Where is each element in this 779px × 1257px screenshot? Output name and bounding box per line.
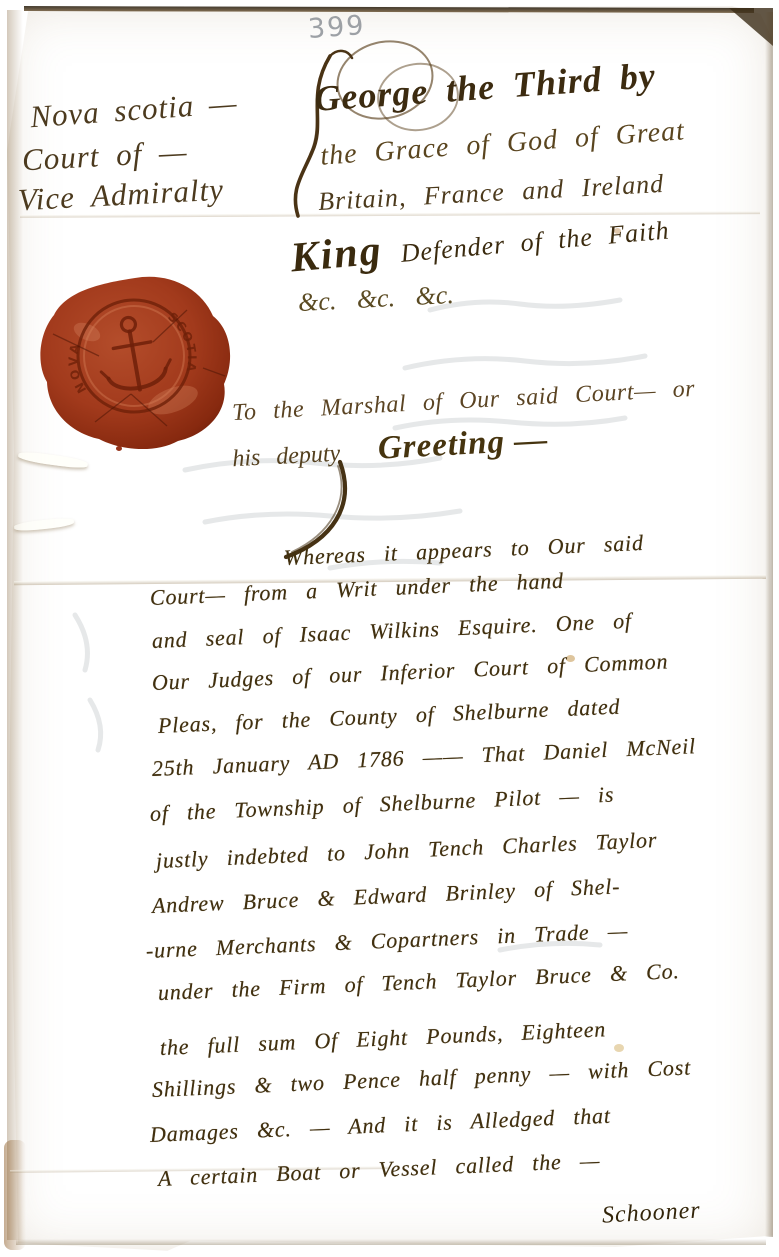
catchword: Schooner: [601, 1197, 701, 1229]
paper-right-edge-shadow: [765, 12, 773, 1237]
king-word: King: [289, 228, 385, 282]
document-photo: { "annotations": { "archive_number": "39…: [0, 0, 779, 1257]
deputy-words: his deputy: [232, 441, 341, 473]
greeting-word: Greeting —: [377, 422, 549, 467]
stain-spot: [614, 1044, 624, 1052]
paper-bottom-edge-shadow: [16, 1239, 766, 1245]
archive-number: 399: [307, 10, 367, 45]
paper-bottom-stain: [4, 1140, 26, 1250]
wax-seal: NOVA SCOTIA: [35, 272, 235, 452]
